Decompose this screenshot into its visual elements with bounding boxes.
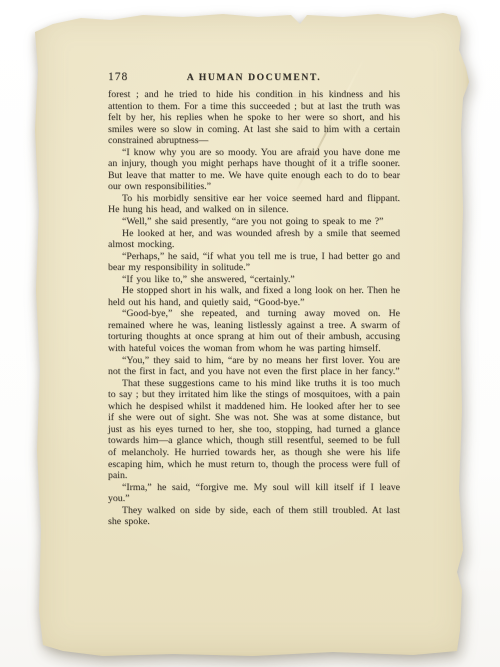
paragraph: “I know why you are so moody. You are af… <box>108 147 400 193</box>
running-title: A HUMAN DOCUMENT. <box>108 72 400 83</box>
paragraph: To his morbidly sensitive ear her voice … <box>108 193 400 216</box>
paragraph: “Perhaps,” he said, “if what you tell me… <box>108 251 400 274</box>
scan-background: 178 A HUMAN DOCUMENT. forest ; and he tr… <box>0 0 500 667</box>
paragraph: He looked at her, and was wounded afresh… <box>108 228 400 251</box>
paragraph: forest ; and he tried to hide his condit… <box>108 89 400 147</box>
paragraph: “You,” they said to him, “are by no mean… <box>108 355 400 378</box>
book-page: 178 A HUMAN DOCUMENT. forest ; and he tr… <box>33 10 469 658</box>
paragraph: “Good-bye,” she repeated, and turning aw… <box>108 308 400 354</box>
paragraph: That these suggestions came to his mind … <box>108 378 400 482</box>
paragraph: They walked on side by side, each of the… <box>108 505 400 528</box>
page-body: forest ; and he tried to hide his condit… <box>108 89 400 528</box>
page-header: 178 A HUMAN DOCUMENT. <box>108 71 400 85</box>
paragraph: “Well,” she said presently, “are you not… <box>108 216 400 228</box>
paragraph: He stopped short in his walk, and fixed … <box>108 285 400 308</box>
paragraph: “If you like to,” she answered, “certain… <box>108 274 400 286</box>
book-page-wrapper: 178 A HUMAN DOCUMENT. forest ; and he tr… <box>33 10 469 658</box>
paragraph: “Irma,” he said, “forgive me. My soul wi… <box>108 482 400 505</box>
